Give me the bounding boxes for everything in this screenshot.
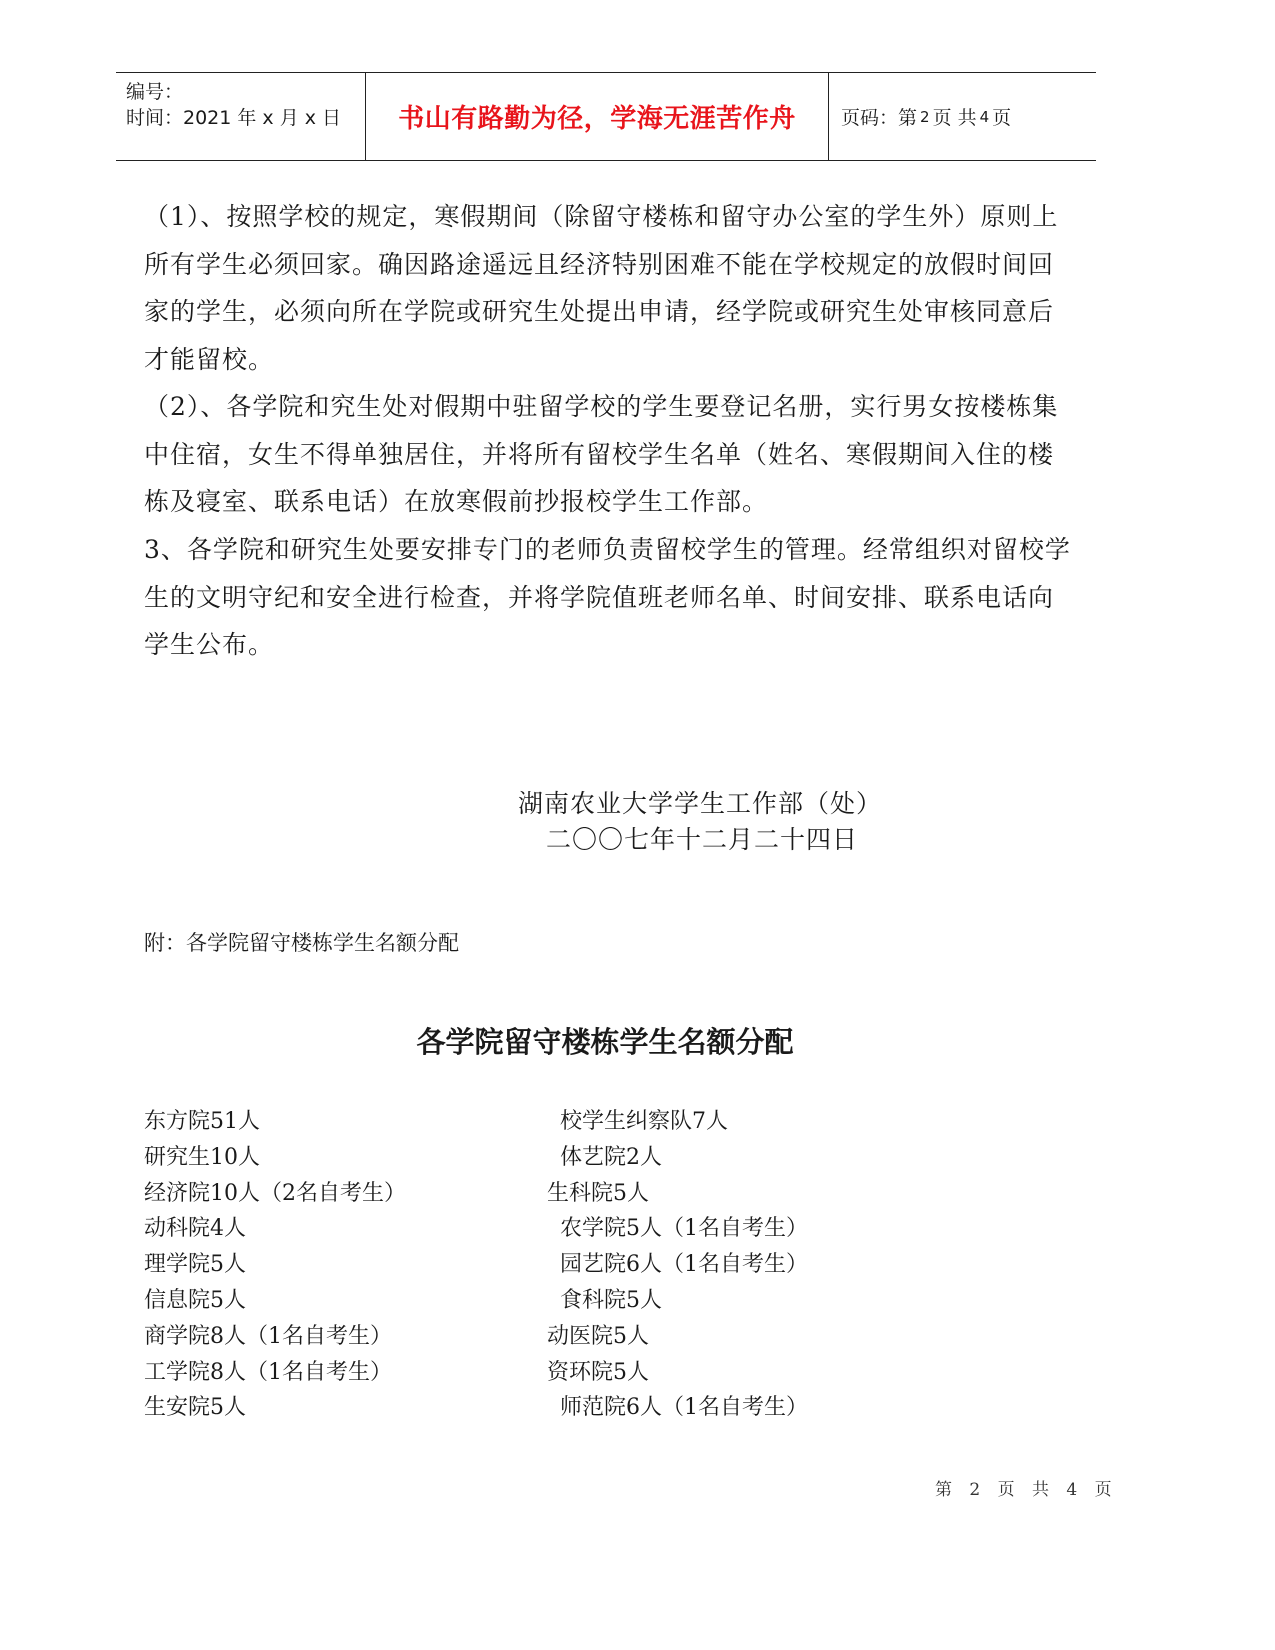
allocation-right: 师范院6人（1名自考生） [560, 1390, 808, 1421]
allocation-right: 食科院5人 [560, 1283, 662, 1314]
allocation-right: 生科院5人 [547, 1176, 649, 1207]
header-motto-cell: 书山有路勤为径，学海无涯苦作舟 [366, 73, 829, 160]
document-header: 编号： 时间：2021 年 x 月 x 日 书山有路勤为径，学海无涯苦作舟 页码… [116, 72, 1096, 161]
allocation-row: 东方院51人 校学生纠察队7人 [0, 1104, 1275, 1140]
page-prefix: 页码：第 [841, 103, 917, 130]
paragraph-2: （2）、各学院和究生处对假期中驻留学校的学生要登记名册，实行男女按楼栋集中住宿，… [144, 383, 1074, 526]
allocation-left: 东方院51人 [144, 1104, 260, 1135]
page-mid: 页 共 [933, 103, 977, 130]
signature-org: 湖南农业大学学生工作部（处） [518, 784, 882, 820]
signature-date: 二〇〇七年十二月二十四日 [546, 820, 858, 856]
allocation-right: 园艺院6人（1名自考生） [560, 1247, 808, 1278]
page-suffix: 页 [992, 103, 1011, 130]
allocation-row: 商学院8人（1名自考生） 动医院5人 [0, 1319, 1275, 1355]
allocation-left: 生安院5人 [144, 1390, 246, 1421]
allocation-row: 信息院5人 食科院5人 [0, 1283, 1275, 1319]
allocation-row: 工学院8人（1名自考生） 资环院5人 [0, 1355, 1275, 1391]
allocation-row: 研究生10人 体艺院2人 [0, 1140, 1275, 1176]
page-current: 2 [920, 108, 930, 126]
allocation-left: 信息院5人 [144, 1283, 246, 1314]
serial-label: 编号： [126, 77, 183, 104]
time-label: 时间：2021 年 x 月 x 日 [126, 103, 341, 130]
allocation-left: 商学院8人（1名自考生） [144, 1319, 392, 1350]
allocation-right: 动医院5人 [547, 1319, 649, 1350]
header-meta-cell: 编号： 时间：2021 年 x 月 x 日 [116, 73, 366, 160]
allocation-left: 经济院10人（2名自考生） [144, 1176, 406, 1207]
allocation-left: 研究生10人 [144, 1140, 260, 1171]
appendix-note: 附：各学院留守楼栋学生名额分配 [144, 927, 459, 957]
allocation-right: 校学生纠察队7人 [560, 1104, 728, 1135]
page-footer: 第 2 页 共 4 页 [935, 1475, 1118, 1500]
paragraph-3: 3、各学院和研究生处要安排专门的老师负责留校学生的管理。经常组织对留校学生的文明… [144, 526, 1074, 669]
allocation-left: 工学院8人（1名自考生） [144, 1355, 392, 1386]
allocation-row: 动科院4人 农学院5人（1名自考生） [0, 1211, 1275, 1247]
allocation-left: 动科院4人 [144, 1211, 246, 1242]
paragraph-1: （1）、按照学校的规定，寒假期间（除留守楼栋和留守办公室的学生外）原则上所有学生… [144, 193, 1074, 383]
allocation-right: 农学院5人（1名自考生） [560, 1211, 808, 1242]
allocation-row: 生安院5人 师范院6人（1名自考生） [0, 1390, 1275, 1426]
allocation-right: 资环院5人 [547, 1355, 649, 1386]
allocation-right: 体艺院2人 [560, 1140, 662, 1171]
motto-text: 书山有路勤为径，学海无涯苦作舟 [398, 98, 796, 135]
allocation-list: 东方院51人 校学生纠察队7人 研究生10人 体艺院2人 经济院10人（2名自考… [0, 1104, 1275, 1426]
allocation-left: 理学院5人 [144, 1247, 246, 1278]
page-total: 4 [980, 108, 990, 126]
allocation-row: 经济院10人（2名自考生） 生科院5人 [0, 1176, 1275, 1212]
header-page-cell: 页码：第 2 页 共 4 页 [829, 73, 1096, 160]
allocation-title: 各学院留守楼栋学生名额分配 [0, 1020, 1210, 1061]
allocation-row: 理学院5人 园艺院6人（1名自考生） [0, 1247, 1275, 1283]
